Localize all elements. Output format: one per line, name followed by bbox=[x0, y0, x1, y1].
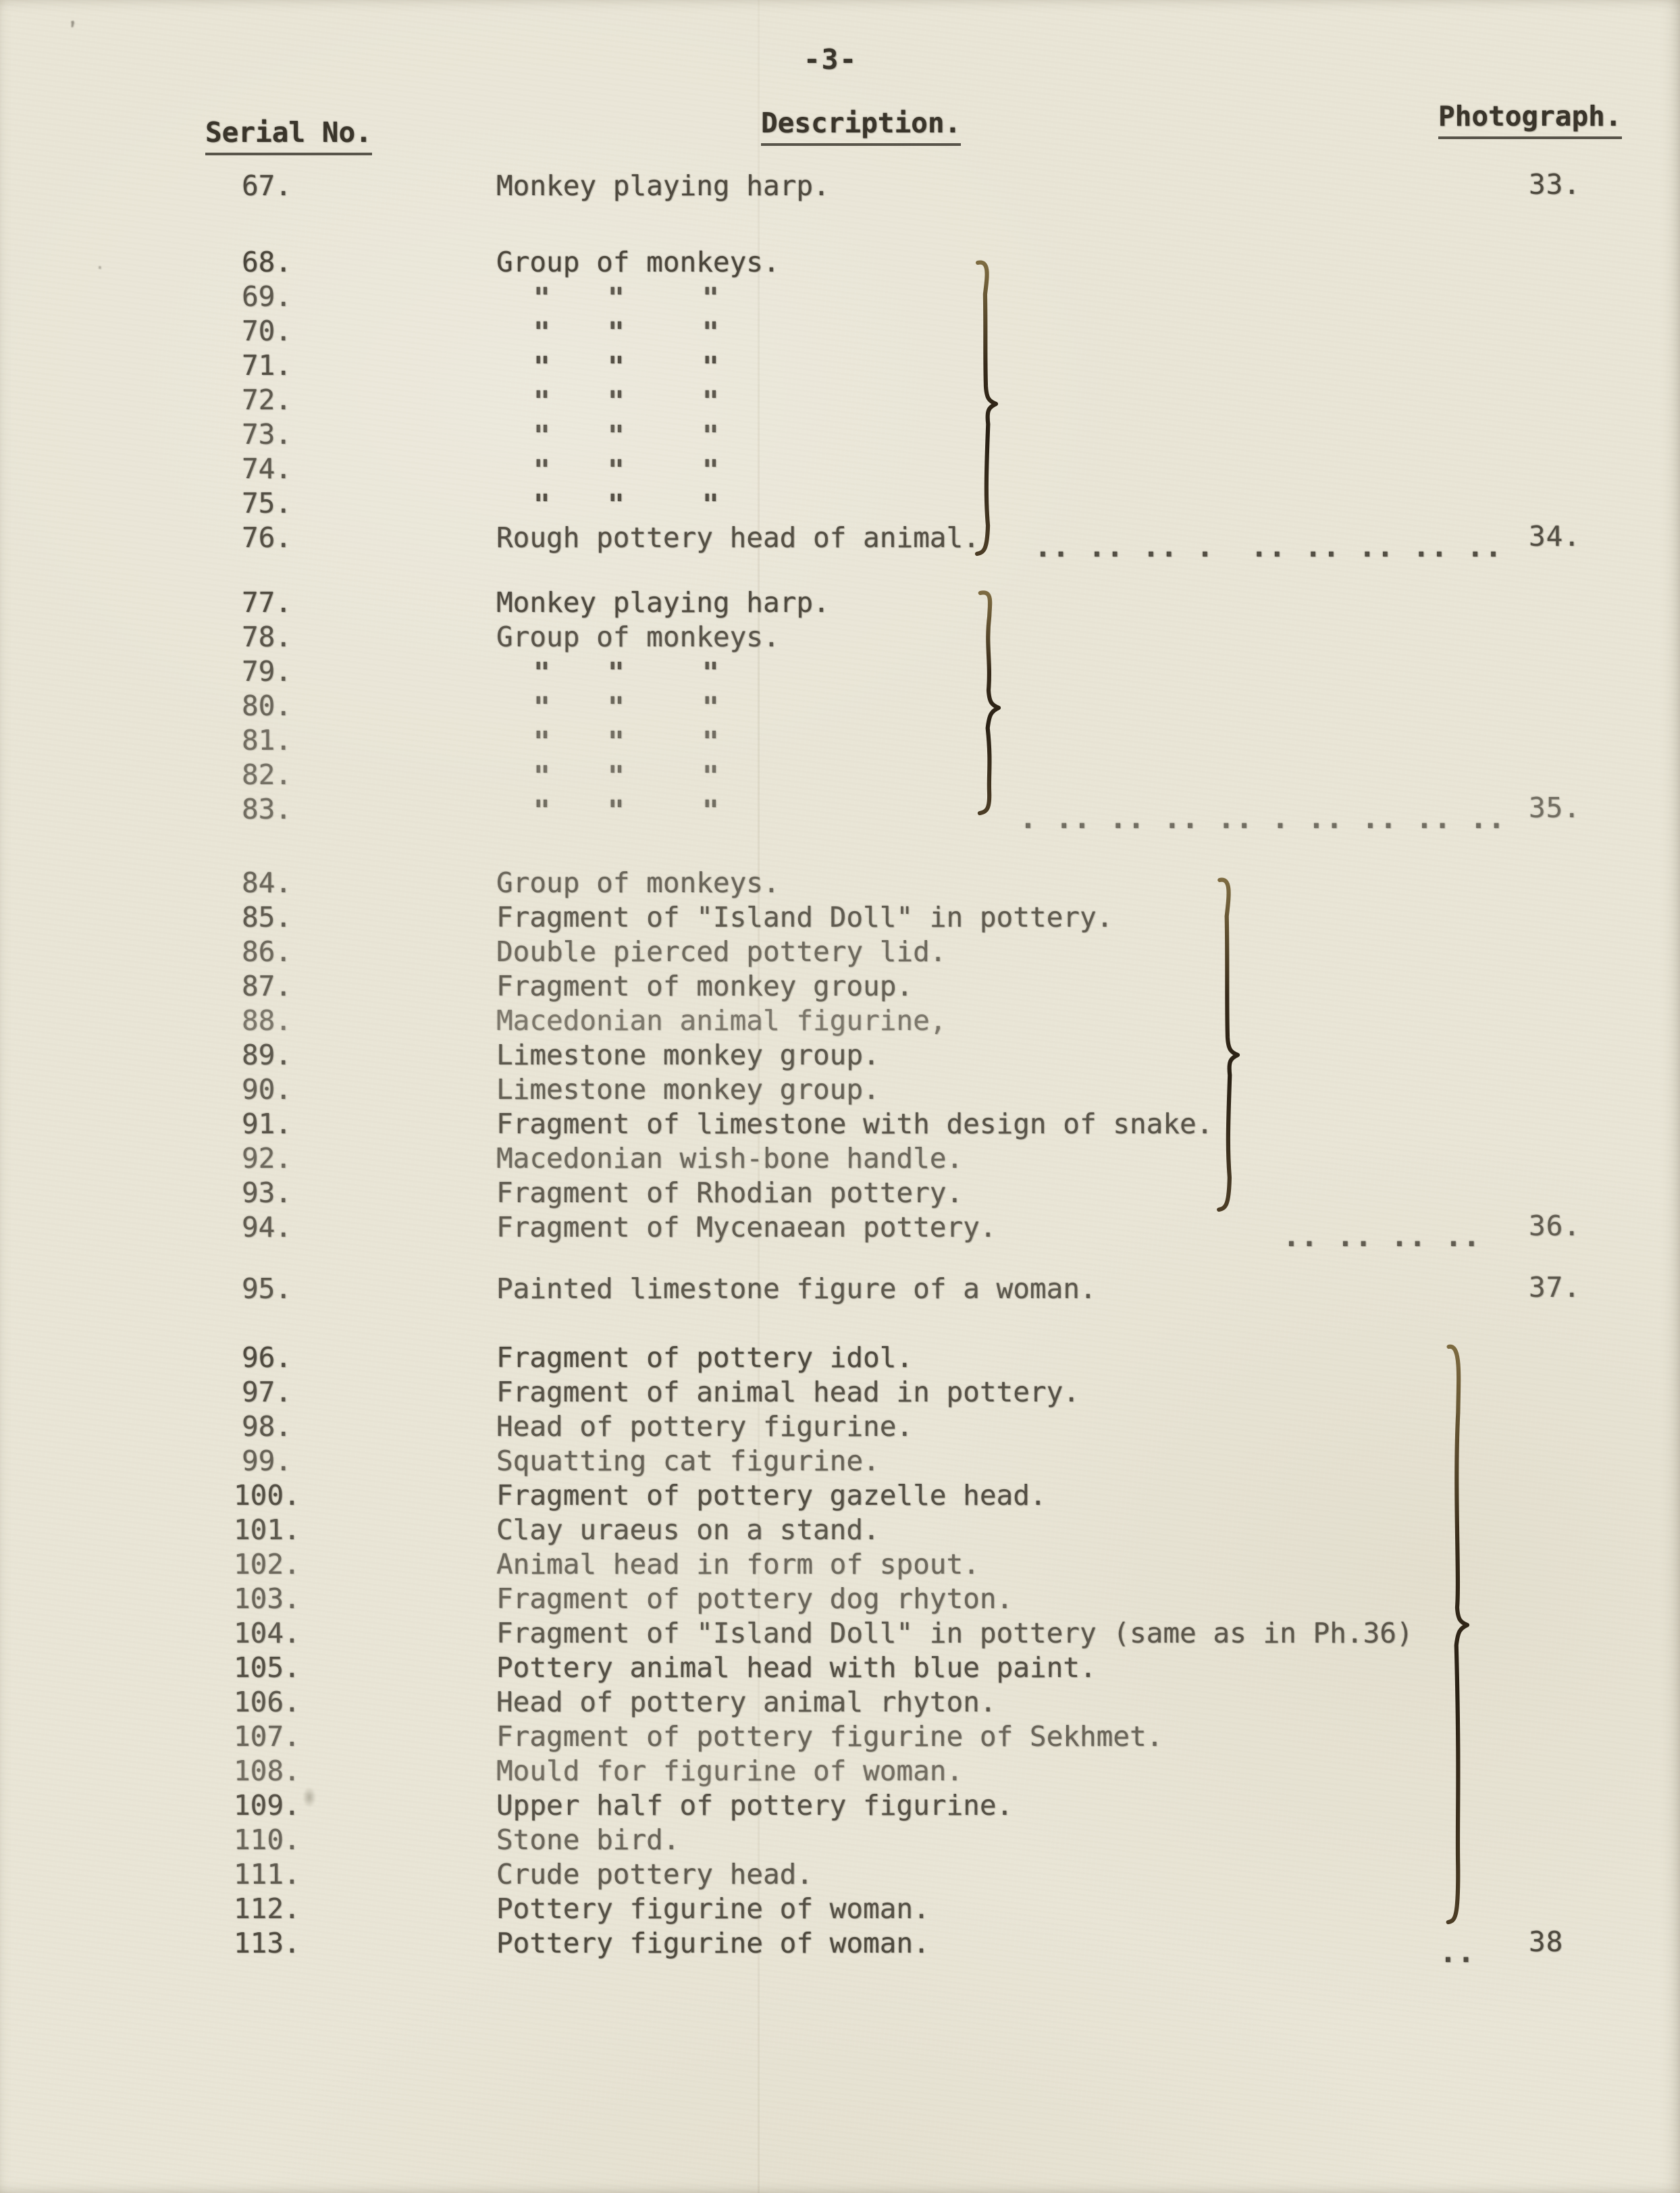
dot-leader: .. .. .. .. bbox=[1283, 1223, 1481, 1251]
item-description: Group of monkeys. bbox=[496, 623, 780, 651]
serial-number: 94. bbox=[242, 1214, 292, 1241]
ditto-mark: " bbox=[702, 694, 719, 721]
serial-number: 80. bbox=[242, 692, 292, 720]
grouping-brace bbox=[974, 259, 1003, 561]
serial-number: 81. bbox=[242, 727, 292, 754]
document-page: -3- Serial No. Description. Photograph. … bbox=[0, 0, 1680, 2193]
serial-number: 70. bbox=[242, 317, 292, 345]
serial-number: 77. bbox=[242, 589, 292, 617]
ink-speck: ’ bbox=[65, 19, 82, 41]
ditto-mark: " bbox=[533, 457, 550, 484]
item-description: Mould for figurine of woman. bbox=[496, 1757, 963, 1785]
serial-number: 113. bbox=[234, 1930, 300, 1957]
item-description: Fragment of "Island Doll" in pottery. bbox=[496, 904, 1113, 931]
item-description: Monkey playing harp. bbox=[496, 172, 830, 200]
serial-number: 92. bbox=[242, 1145, 292, 1172]
ditto-mark: " bbox=[533, 319, 550, 346]
serial-number: 97. bbox=[242, 1378, 292, 1406]
ditto-mark: " bbox=[533, 659, 550, 687]
serial-number: 111. bbox=[234, 1861, 300, 1888]
item-description: Macedonian wish-bone handle. bbox=[496, 1145, 963, 1172]
ditto-mark: " bbox=[533, 491, 550, 519]
serial-number: 88. bbox=[242, 1007, 292, 1035]
item-description: Upper half of pottery figurine. bbox=[496, 1792, 1013, 1820]
item-description: Double pierced pottery lid. bbox=[496, 938, 946, 966]
serial-number: 72. bbox=[242, 386, 292, 414]
photograph-number: 35. bbox=[1529, 794, 1581, 822]
serial-number: 107. bbox=[234, 1723, 300, 1751]
serial-number: 71. bbox=[242, 352, 292, 380]
item-description: Limestone monkey group. bbox=[496, 1076, 880, 1104]
serial-number: 100. bbox=[234, 1482, 300, 1510]
ditto-mark: " bbox=[608, 659, 625, 687]
photograph-number: 38 bbox=[1529, 1928, 1563, 1956]
ink-speck: · bbox=[95, 259, 105, 277]
item-description: Fragment of "Island Doll" in pottery (sa… bbox=[496, 1620, 1413, 1647]
serial-number: 112. bbox=[234, 1895, 300, 1923]
item-description: Clay uraeus on a stand. bbox=[496, 1516, 880, 1544]
serial-number: 86. bbox=[242, 938, 292, 966]
ditto-mark: " bbox=[702, 353, 719, 381]
serial-number: 104. bbox=[234, 1620, 300, 1647]
item-description: Fragment of pottery idol. bbox=[496, 1344, 913, 1372]
item-description: Group of monkeys. bbox=[496, 869, 780, 897]
serial-number: 68. bbox=[242, 249, 292, 276]
serial-number: 76. bbox=[242, 524, 292, 552]
item-description: Monkey playing harp. bbox=[496, 589, 830, 617]
serial-number: 108. bbox=[234, 1757, 300, 1785]
serial-number: 85. bbox=[242, 904, 292, 931]
dot-leader: .. bbox=[1440, 1939, 1475, 1967]
dot-leader: . .. .. .. .. . .. .. .. .. bbox=[1020, 805, 1506, 833]
ditto-mark: " bbox=[702, 319, 719, 346]
serial-number: 69. bbox=[242, 283, 292, 311]
serial-number: 105. bbox=[234, 1654, 300, 1682]
item-description: Head of pottery figurine. bbox=[496, 1413, 913, 1441]
serial-number: 109. bbox=[234, 1792, 300, 1820]
ditto-mark: " bbox=[608, 491, 625, 519]
item-description: Squatting cat figurine. bbox=[496, 1447, 880, 1475]
serial-number: 87. bbox=[242, 973, 292, 1000]
photograph-number: 36. bbox=[1529, 1212, 1581, 1240]
photograph-number: 34. bbox=[1529, 523, 1581, 550]
ditto-mark: " bbox=[608, 388, 625, 415]
ditto-mark: " bbox=[608, 728, 625, 756]
ditto-mark: " bbox=[608, 763, 625, 790]
serial-number: 74. bbox=[242, 455, 292, 483]
item-description: Pottery animal head with blue paint. bbox=[496, 1654, 1097, 1682]
item-description: Group of monkeys. bbox=[496, 249, 780, 276]
serial-number: 101. bbox=[234, 1516, 300, 1544]
ditto-mark: " bbox=[702, 659, 719, 687]
page-number: -3- bbox=[804, 46, 858, 74]
ditto-mark: " bbox=[702, 422, 719, 450]
item-description: Head of pottery animal rhyton. bbox=[496, 1688, 997, 1716]
ditto-mark: " bbox=[702, 797, 719, 825]
item-description: Painted limestone figure of a woman. bbox=[496, 1275, 1097, 1303]
serial-number: 73. bbox=[242, 421, 292, 448]
item-description: Crude pottery head. bbox=[496, 1861, 813, 1888]
ditto-mark: " bbox=[608, 353, 625, 381]
photograph-number: 33. bbox=[1529, 171, 1581, 199]
item-description: Fragment of Rhodian pottery. bbox=[496, 1179, 963, 1207]
ditto-mark: " bbox=[608, 319, 625, 346]
serial-number: 78. bbox=[242, 623, 292, 651]
item-description: Fragment of limestone with design of sna… bbox=[496, 1110, 1213, 1138]
ditto-mark: " bbox=[702, 284, 719, 312]
ditto-mark: " bbox=[533, 694, 550, 721]
item-description: Rough pottery head of animal. bbox=[496, 524, 980, 552]
grouping-brace bbox=[1215, 876, 1245, 1216]
ditto-mark: " bbox=[702, 388, 719, 415]
grouping-brace bbox=[976, 589, 1006, 820]
ditto-mark: " bbox=[533, 797, 550, 825]
item-description: Fragment of monkey group. bbox=[496, 973, 913, 1000]
ditto-mark: " bbox=[702, 491, 719, 519]
item-description: Fragment of pottery dog rhyton. bbox=[496, 1585, 1013, 1613]
item-description: Pottery figurine of woman. bbox=[496, 1895, 930, 1923]
item-description: Fragment of Mycenaean pottery. bbox=[496, 1214, 997, 1241]
serial-number: 79. bbox=[242, 658, 292, 686]
serial-number: 93. bbox=[242, 1179, 292, 1207]
serial-number: 95. bbox=[242, 1275, 292, 1303]
serial-number: 98. bbox=[242, 1413, 292, 1441]
item-description: Stone bird. bbox=[496, 1826, 680, 1854]
ditto-mark: " bbox=[608, 694, 625, 721]
ditto-mark: " bbox=[702, 457, 719, 484]
photograph-number: 37. bbox=[1529, 1274, 1581, 1301]
ditto-mark: " bbox=[533, 353, 550, 381]
column-header-serial: Serial No. bbox=[205, 119, 372, 155]
serial-number: 96. bbox=[242, 1344, 292, 1372]
dot-leader: .. .. .. . .. .. .. .. .. bbox=[1034, 534, 1503, 561]
item-description: Fragment of pottery figurine of Sekhmet. bbox=[496, 1723, 1163, 1751]
ditto-mark: " bbox=[533, 284, 550, 312]
serial-number: 83. bbox=[242, 796, 292, 823]
ditto-mark: " bbox=[608, 284, 625, 312]
ditto-mark: " bbox=[533, 763, 550, 790]
item-description: Pottery figurine of woman. bbox=[496, 1930, 930, 1957]
ditto-mark: " bbox=[702, 763, 719, 790]
ditto-mark: " bbox=[608, 797, 625, 825]
serial-number: 84. bbox=[242, 869, 292, 897]
item-description: Animal head in form of spout. bbox=[496, 1551, 980, 1578]
serial-number: 67. bbox=[242, 172, 292, 200]
serial-number: 82. bbox=[242, 761, 292, 789]
ditto-mark: " bbox=[702, 728, 719, 756]
serial-number: 89. bbox=[242, 1041, 292, 1069]
ditto-mark: " bbox=[533, 728, 550, 756]
grouping-brace bbox=[1445, 1343, 1475, 1929]
serial-number: 90. bbox=[242, 1076, 292, 1104]
column-header-description: Description. bbox=[761, 109, 961, 146]
serial-number: 75. bbox=[242, 490, 292, 517]
column-header-photograph: Photograph. bbox=[1438, 103, 1622, 139]
serial-number: 102. bbox=[234, 1551, 300, 1578]
ditto-mark: " bbox=[533, 422, 550, 450]
serial-number: 106. bbox=[234, 1688, 300, 1716]
item-description: Fragment of animal head in pottery. bbox=[496, 1378, 1080, 1406]
serial-number: 91. bbox=[242, 1110, 292, 1138]
serial-number: 99. bbox=[242, 1447, 292, 1475]
serial-number: 103. bbox=[234, 1585, 300, 1613]
item-description: Limestone monkey group. bbox=[496, 1041, 880, 1069]
serial-number: 110. bbox=[234, 1826, 300, 1854]
ditto-mark: " bbox=[533, 388, 550, 415]
ink-smudge bbox=[303, 1787, 316, 1807]
ditto-mark: " bbox=[608, 457, 625, 484]
item-description: Macedonian animal figurine, bbox=[496, 1007, 946, 1035]
ditto-mark: " bbox=[608, 422, 625, 450]
item-description: Fragment of pottery gazelle head. bbox=[496, 1482, 1047, 1510]
